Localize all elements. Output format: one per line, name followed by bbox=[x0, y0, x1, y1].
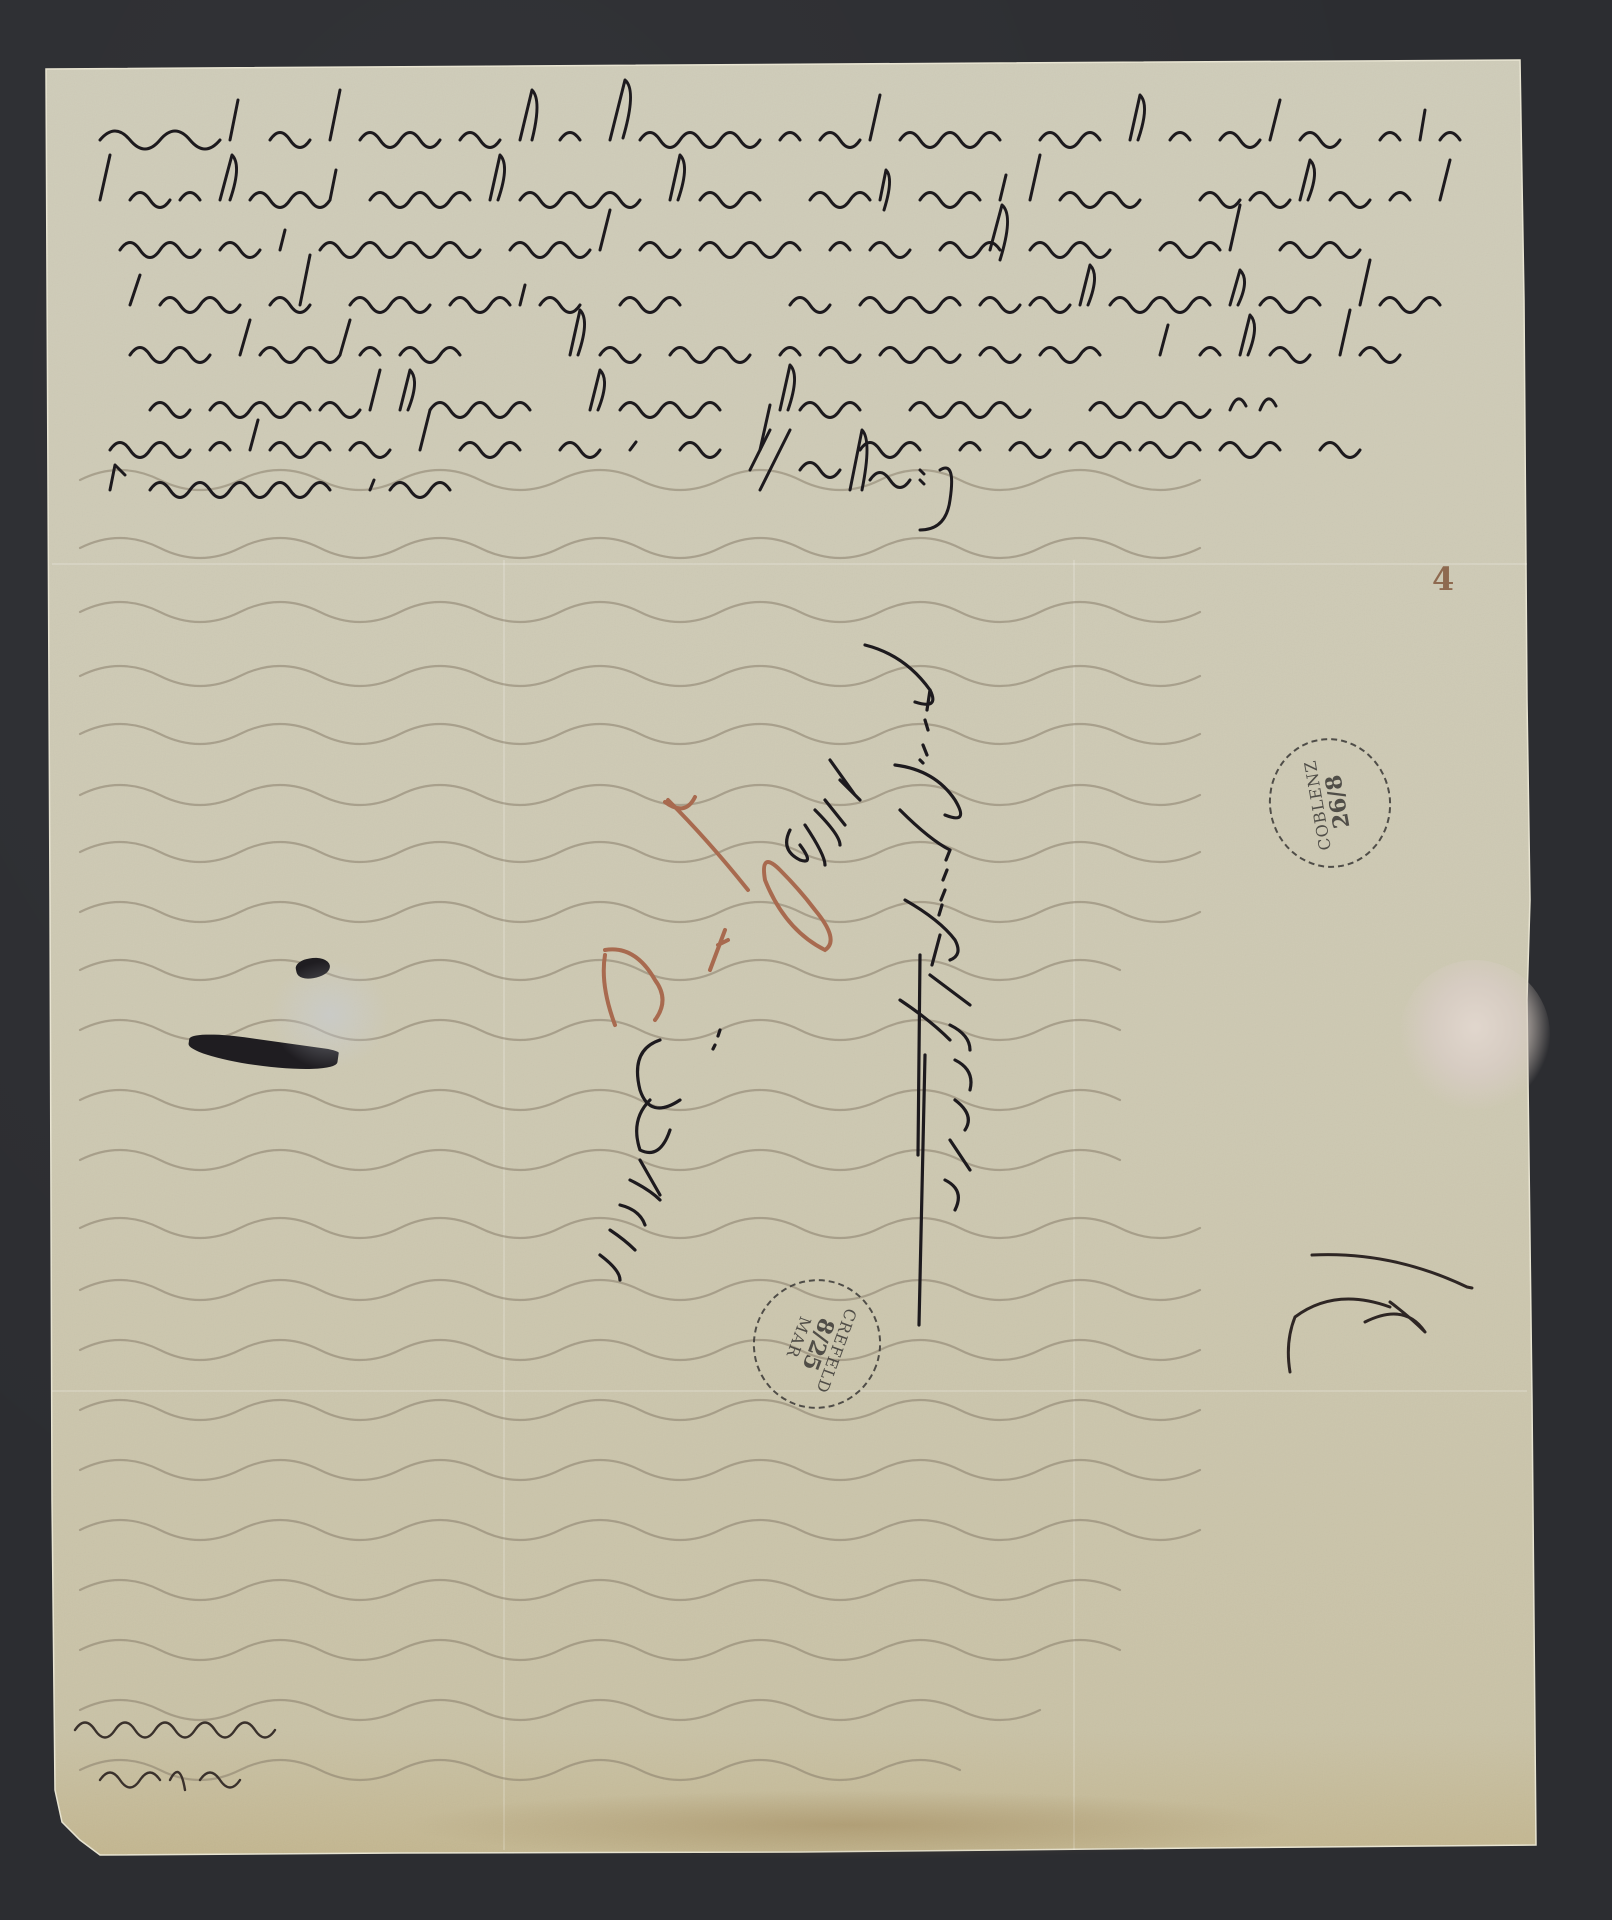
letter-sheet: übermacht, sie haben ein Gut in Ingelhei… bbox=[0, 0, 1612, 1920]
seal-impression bbox=[1400, 960, 1550, 1110]
corner-mark: 4 bbox=[1432, 562, 1458, 596]
paper-repair-patch bbox=[270, 960, 390, 1070]
address-handwriting bbox=[0, 0, 1612, 1920]
